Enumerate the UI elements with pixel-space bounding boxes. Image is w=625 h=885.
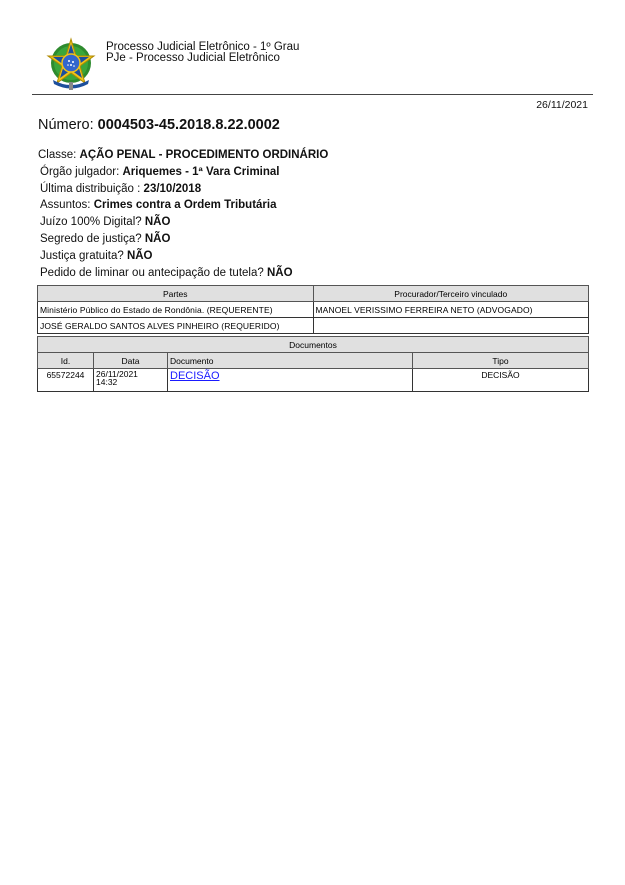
header-title: Processo Judicial Eletrônico - 1º Grau P… [106,42,299,64]
parte-cell: Ministério Público do Estado de Rondônia… [38,302,314,318]
table-row: Ministério Público do Estado de Rondônia… [38,302,589,318]
procurador-cell: MANOEL VERISSIMO FERREIRA NETO (ADVOGADO… [313,302,589,318]
document-type: DECISÃO [413,369,589,392]
table-row: 65572244 26/11/2021 14:32 DECISÃO DECISÃ… [38,369,589,392]
field-classe: Classe: AÇÃO PENAL - PROCEDIMENTO ORDINÁ… [38,147,328,164]
documentos-table: Documentos Id. Data Documento Tipo 65572… [37,336,589,392]
process-number: Número: 0004503-45.2018.8.22.0002 [38,117,280,133]
document-cell: DECISÃO [168,369,413,392]
header-id: Id. [38,353,94,369]
header-tipo: Tipo [413,353,589,369]
process-number-value: 0004503-45.2018.8.22.0002 [98,117,280,133]
header-line-2: PJe - Processo Judicial Eletrônico [106,53,299,64]
partes-header: Partes [38,286,314,302]
document-datetime: 26/11/2021 14:32 [94,369,168,392]
parte-cell: JOSÉ GERALDO SANTOS ALVES PINHEIRO (REQU… [38,318,314,334]
field-segredo-justica: Segredo de justiça? NÃO [38,231,328,248]
field-pedido-liminar: Pedido de liminar ou antecipação de tute… [38,265,328,282]
brazil-coat-of-arms-icon [44,36,98,92]
field-ultima-distribuicao: Última distribuição : 23/10/2018 [38,181,328,198]
page-header: Processo Judicial Eletrônico - 1º Grau P… [32,34,592,94]
procurador-header: Procurador/Terceiro vinculado [313,286,589,302]
procurador-cell [313,318,589,334]
print-date: 26/11/2021 [536,99,588,111]
partes-table: Partes Procurador/Terceiro vinculado Min… [37,285,589,334]
header-divider [32,94,593,95]
header-documento: Documento [168,353,413,369]
field-assuntos: Assuntos: Crimes contra a Ordem Tributár… [38,197,328,214]
documentos-title: Documentos [38,337,589,353]
table-row: JOSÉ GERALDO SANTOS ALVES PINHEIRO (REQU… [38,318,589,334]
document-time: 14:32 [96,378,165,386]
document-id: 65572244 [38,369,94,392]
documentos-title-row: Documentos [38,337,589,353]
process-fields: Classe: AÇÃO PENAL - PROCEDIMENTO ORDINÁ… [38,147,328,281]
field-juizo-digital: Juízo 100% Digital? NÃO [38,214,328,231]
partes-header-row: Partes Procurador/Terceiro vinculado [38,286,589,302]
field-justica-gratuita: Justiça gratuita? NÃO [38,248,328,265]
field-orgao-julgador: Órgão julgador: Ariquemes - 1ª Vara Crim… [38,164,328,181]
document-link[interactable]: DECISÃO [170,370,220,382]
header-data: Data [94,353,168,369]
process-number-label: Número: [38,117,98,133]
documentos-header-row: Id. Data Documento Tipo [38,353,589,369]
